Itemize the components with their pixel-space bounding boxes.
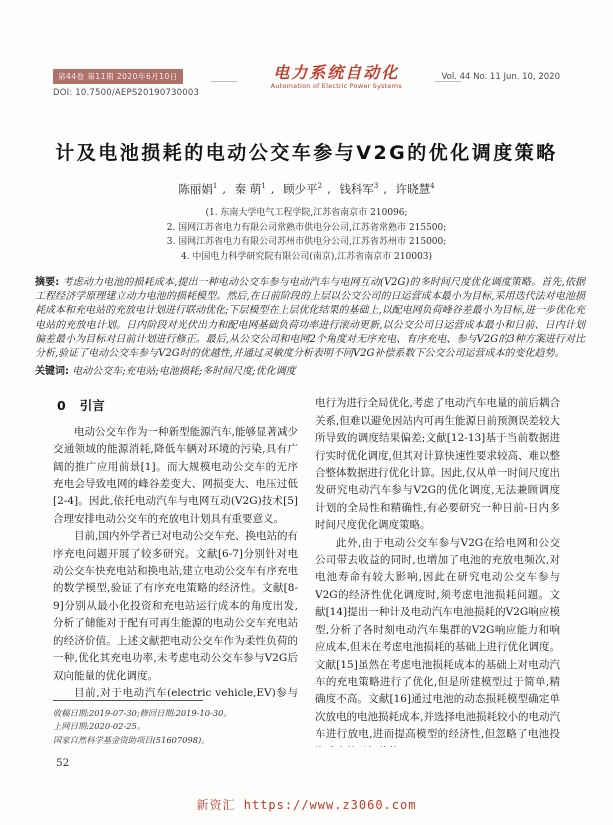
footnote-line: 国家自然科学基金资助项目(51607098)。 xyxy=(53,734,298,748)
header-left: 第44卷 第11期 2020年6月10日 DOI: 10.7500/AEPS20… xyxy=(53,64,231,98)
section-title: 引言 xyxy=(80,398,105,413)
author-separator: , xyxy=(327,182,331,196)
keywords-text: 电动公交车;充电站;电池损耗;多时间尺度;优化调度 xyxy=(72,366,295,377)
article-body: 0引言 电动公交车作为一种新型能源汽车,能够显著减少交通领域的能源消耗,降低车辆… xyxy=(53,395,560,747)
author: 陈丽娟1 xyxy=(178,182,217,196)
author-separator: , xyxy=(271,182,275,196)
author: 顾少平2 xyxy=(283,182,322,196)
journal-page: 第44卷 第11期 2020年6月10日 DOI: 10.7500/AEPS20… xyxy=(0,0,613,825)
paragraph: 电行为进行全局优化,考虑了电动汽车电量的前后耦合关系,但难以避免因站内可再生能源… xyxy=(315,395,560,534)
abstract-label: 摘要: xyxy=(35,277,59,288)
page-number: 52 xyxy=(56,757,613,769)
affiliation-line: (1. 东南大学电气工程学院,江苏省南京市 210096; xyxy=(0,206,613,221)
page-header: 第44卷 第11期 2020年6月10日 DOI: 10.7500/AEPS20… xyxy=(0,0,613,98)
abstract-text: 考虑动力电池的损耗成本,提出一种电动公交车参与电动汽车与电网互动(V2G)的多时… xyxy=(35,277,585,359)
author-line: 陈丽娟1, 秦 萌1, 顾少平2, 钱科军3, 许晓慧4 xyxy=(0,181,613,197)
affiliations: (1. 东南大学电气工程学院,江苏省南京市 210096; 2. 国网江苏省电力… xyxy=(0,206,613,264)
paragraph: 此外,由于电动公交车参与V2G在给电网和公交公司带去收益的同时,也增加了电池的充… xyxy=(315,535,560,748)
paragraph: 目前,对于电动汽车(electric vehicle,EV)参与V2G的研究可从… xyxy=(53,685,298,697)
section-heading: 0引言 xyxy=(57,397,298,414)
journal-name-en: Automation of Electric Power Systems xyxy=(241,82,431,91)
author: 钱科军3 xyxy=(339,182,378,196)
doi-text: DOI: 10.7500/AEPS20190730003 xyxy=(53,88,231,98)
footnote-rule xyxy=(53,700,203,701)
affiliation-line: 2. 国网江苏省电力有限公司常熟市供电分公司,江苏省常熟市 215500; xyxy=(0,221,613,236)
logo-left-rule xyxy=(211,81,237,82)
section-number: 0 xyxy=(57,398,66,413)
journal-logo: 电力系统自动化 Automation of Electric Power Sys… xyxy=(241,64,431,91)
keywords-label: 关键词: xyxy=(35,366,69,377)
right-column: 电行为进行全局优化,考虑了电动汽车电量的前后耦合关系,但难以避免因站内可再生能源… xyxy=(315,395,560,747)
abstract: 摘要: 考虑动力电池的损耗成本,提出一种电动公交车参与电动汽车与电网互动(V2G… xyxy=(35,276,585,361)
author-separator: , xyxy=(222,182,226,196)
journal-name-cn: 电力系统自动化 xyxy=(241,64,431,82)
left-column: 0引言 电动公交车作为一种新型能源汽车,能够显著减少交通领域的能源消耗,降低车辆… xyxy=(53,395,298,747)
article-title: 计及电池损耗的电动公交车参与V2G的优化调度策略 xyxy=(0,138,613,165)
keywords: 关键词: 电动公交车;充电站;电池损耗;多时间尺度;优化调度 xyxy=(35,365,585,379)
left-column-text: 0引言 电动公交车作为一种新型能源汽车,能够显著减少交通领域的能源消耗,降低车辆… xyxy=(53,395,298,697)
issue-info-badge: 第44卷 第11期 2020年6月10日 xyxy=(53,69,183,84)
footnote-block: 收稿日期:2019-07-30;修回日期:2019-10-30。 上网日期:20… xyxy=(53,697,298,748)
affiliation-line: 3. 国网江苏省电力有限公司苏州市供电分公司,江苏省苏州市 215000; xyxy=(0,235,613,250)
paragraph: 电动公交车作为一种新型能源汽车,能够显著减少交通领域的能源消耗,降低车辆对环境的… xyxy=(53,424,298,528)
author-separator: , xyxy=(383,182,387,196)
paragraph: 目前,国内外学者已对电动公交车充、换电站的有序充电问题开展了较多研究。文献[6-… xyxy=(53,528,298,685)
author: 秦 萌1 xyxy=(235,182,266,196)
volume-info: Vol. 44 No. 11 Jun. 10, 2020 xyxy=(441,64,560,82)
footnote-line: 上网日期:2020-02-25。 xyxy=(53,720,298,734)
watermark-url: 新资汇 https://www.z3060.com xyxy=(0,796,613,813)
logo-right-rule xyxy=(435,81,461,82)
footnote-line: 收稿日期:2019-07-30;修回日期:2019-10-30。 xyxy=(53,707,298,721)
author: 许晓慧4 xyxy=(396,182,435,196)
affiliation-line: 4. 中国电力科学研究院有限公司(南京),江苏省南京市 210003) xyxy=(0,250,613,265)
